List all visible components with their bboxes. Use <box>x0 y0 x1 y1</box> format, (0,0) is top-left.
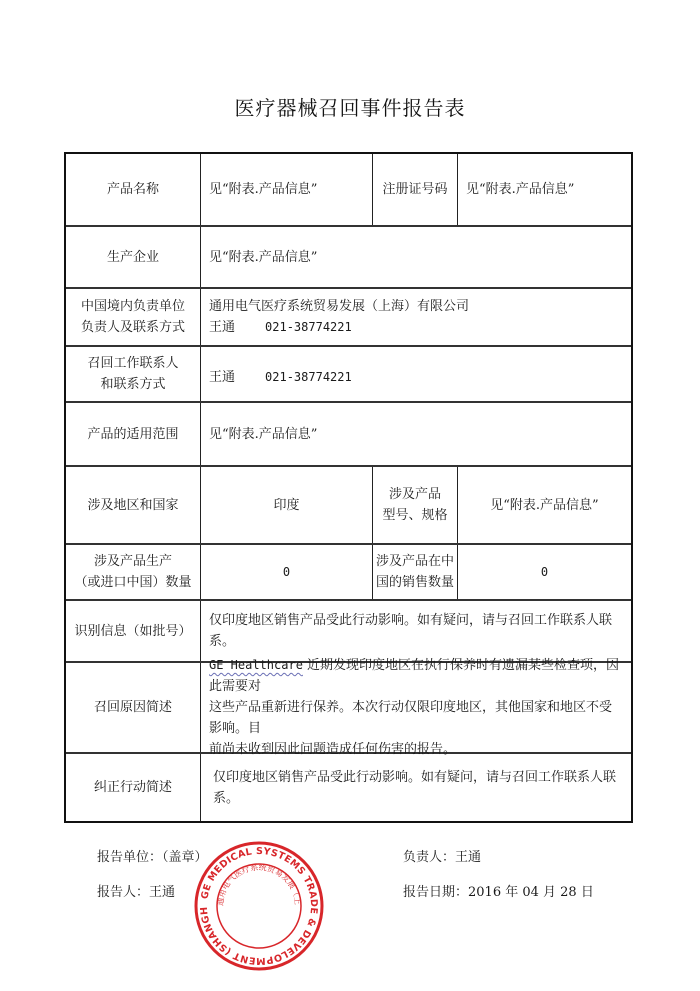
scope-label: 产品的适用范围 <box>66 403 200 465</box>
region-label: 涉及地区和国家 <box>66 467 200 543</box>
row-corrective-action: 纠正行动简述 仅印度地区销售产品受此行动影响。如有疑问，请与召回工作联系人联系。 <box>66 754 631 821</box>
china-sales-qty-label: 涉及产品在中 国的销售数量 <box>372 545 457 599</box>
contact-person: 王通 <box>209 320 235 335</box>
brand-name: GE Healthcare <box>209 658 303 672</box>
registration-no-label: 注册证号码 <box>372 154 457 225</box>
recall-reason-line2: 这些产品重新进行保养。本次行动仅限印度地区，其他国家和地区不受影响。目 <box>209 697 621 739</box>
scope-value: 见“附表.产品信息” <box>200 403 631 465</box>
manufacturer-value: 见“附表.产品信息” <box>200 227 631 287</box>
row-identification: 识别信息（如批号） 仅印度地区销售产品受此行动影响。如有疑问，请与召回工作联系人… <box>66 601 631 663</box>
recall-reason-label: 召回原因简述 <box>66 663 200 752</box>
product-name-value: 见“附表.产品信息” <box>200 154 372 225</box>
product-name-label: 产品名称 <box>66 154 200 225</box>
china-sales-qty-label-line1: 涉及产品在中 <box>376 551 454 572</box>
model-spec-label: 涉及产品 型号、规格 <box>372 467 457 543</box>
china-sales-qty-label-line2: 国的销售数量 <box>376 572 454 593</box>
model-spec-label-line2: 型号、规格 <box>382 505 447 526</box>
manufacturer-label: 生产企业 <box>66 227 200 287</box>
recall-contact-phone: 021-38774221 <box>265 367 352 388</box>
contact-phone: 021-38774221 <box>265 320 352 334</box>
responsible-person: 负责人：王通 <box>403 846 481 865</box>
china-responsible-label-line2: 负责人及联系方式 <box>81 317 185 338</box>
production-qty-label-line2: （或进口中国）数量 <box>74 572 191 593</box>
recall-reason-line1: GE Healthcare 近期发现印度地区在执行保养时有遗漏某些检查项，因此需… <box>209 655 621 697</box>
report-date: 报告日期：2016 年 04 月 28 日 <box>403 881 594 900</box>
row-recall-reason: 召回原因简述 GE Healthcare 近期发现印度地区在执行保养时有遗漏某些… <box>66 663 631 754</box>
company-seal-stamp: GE MEDICAL SYSTEMS TRADE & DEVELOPMENT (… <box>193 840 325 972</box>
row-china-responsible: 中国境内负责单位 负责人及联系方式 通用电气医疗系统贸易发展（上海）有限公司 王… <box>66 289 631 347</box>
china-sales-qty-value: 0 <box>457 545 631 599</box>
recall-contact-label-line1: 召回工作联系人 <box>87 353 178 374</box>
row-recall-contact: 召回工作联系人 和联系方式 王通021-38774221 <box>66 347 631 403</box>
model-spec-value: 见“附表.产品信息” <box>457 467 631 543</box>
registration-no-value: 见“附表.产品信息” <box>457 154 631 225</box>
china-responsible-label-line1: 中国境内负责单位 <box>81 296 185 317</box>
recall-contact-label: 召回工作联系人 和联系方式 <box>66 347 200 401</box>
recall-contact-value: 王通021-38774221 <box>200 347 631 401</box>
recall-reason-value: GE Healthcare 近期发现印度地区在执行保养时有遗漏某些检查项，因此需… <box>200 663 631 752</box>
row-scope: 产品的适用范围 见“附表.产品信息” <box>66 403 631 467</box>
recall-contact-label-line2: 和联系方式 <box>87 374 178 395</box>
china-responsible-label: 中国境内负责单位 负责人及联系方式 <box>66 289 200 345</box>
row-region: 涉及地区和国家 印度 涉及产品 型号、规格 见“附表.产品信息” <box>66 467 631 545</box>
identification-label: 识别信息（如批号） <box>66 601 200 661</box>
company-name: 通用电气医疗系统贸易发展（上海）有限公司 <box>209 296 469 317</box>
corrective-action-label: 纠正行动简述 <box>66 754 200 821</box>
region-value: 印度 <box>200 467 372 543</box>
recall-report-table: 产品名称 见“附表.产品信息” 注册证号码 见“附表.产品信息” 生产企业 见“… <box>64 152 633 823</box>
row-manufacturer: 生产企业 见“附表.产品信息” <box>66 227 631 289</box>
model-spec-label-line1: 涉及产品 <box>382 484 447 505</box>
reporting-unit: 报告单位：（盖章） <box>97 846 208 865</box>
production-qty-label-line1: 涉及产品生产 <box>74 551 191 572</box>
production-qty-label: 涉及产品生产 （或进口中国）数量 <box>66 545 200 599</box>
production-qty-value: 0 <box>200 545 372 599</box>
china-responsible-value: 通用电气医疗系统贸易发展（上海）有限公司 王通021-38774221 <box>200 289 631 345</box>
row-quantities: 涉及产品生产 （或进口中国）数量 0 涉及产品在中 国的销售数量 0 <box>66 545 631 601</box>
contact-line: 王通021-38774221 <box>209 317 469 338</box>
recall-contact-person: 王通 <box>209 367 235 388</box>
page-title: 医疗器械召回事件报告表 <box>0 92 700 121</box>
reporter: 报告人：王通 <box>97 881 175 900</box>
corrective-action-value: 仅印度地区销售产品受此行动影响。如有疑问，请与召回工作联系人联系。 <box>200 754 631 821</box>
row-product-name: 产品名称 见“附表.产品信息” 注册证号码 见“附表.产品信息” <box>66 154 631 227</box>
identification-value: 仅印度地区销售产品受此行动影响。如有疑问，请与召回工作联系人联系。 <box>200 601 631 661</box>
